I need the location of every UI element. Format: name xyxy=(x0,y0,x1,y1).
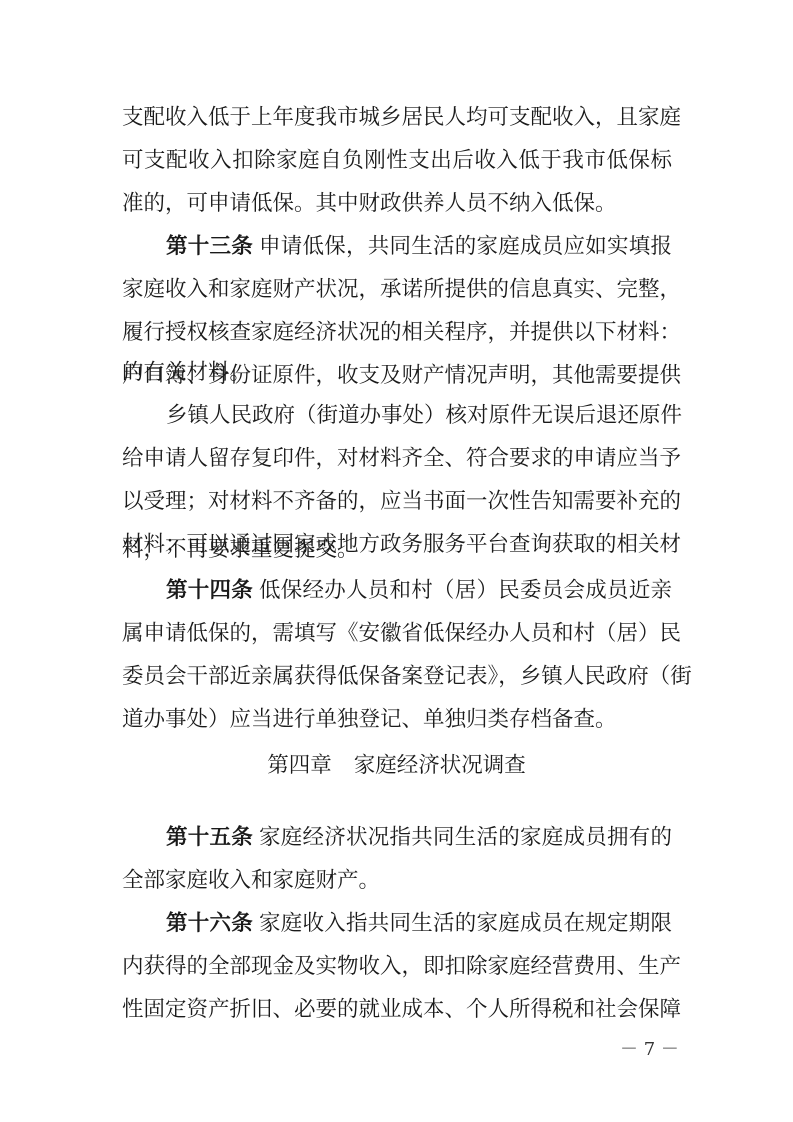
paragraph-line: 内获得的全部现金及实物收入，即扣除家庭经营费用、生产 xyxy=(122,945,672,988)
paragraph-line: 准的，可申请低保。其中财政供养人员不纳入低保。 xyxy=(122,182,672,225)
paragraph-line: 料，不再要求重复提交。 xyxy=(122,528,672,571)
article-15-line: 第十五条家庭经济状况指共同生活的家庭成员拥有的 xyxy=(166,816,672,859)
paragraph-line: 乡镇人民政府（街道办事处）核对原件无误后退还原件 xyxy=(166,394,672,437)
paragraph-line: 家庭收入和家庭财产状况，承诺所提供的信息真实、完整， xyxy=(122,268,672,311)
paragraph-line: 委员会干部近亲属获得低保备案登记表》，乡镇人民政府（街 xyxy=(122,655,672,698)
paragraph-line: 属申请低保的，需填写《安徽省低保经办人员和村（居）民 xyxy=(122,612,672,655)
article-text: 家庭经济状况指共同生活的家庭成员拥有的 xyxy=(259,825,672,850)
article-text: 低保经办人员和村（居）民委员会成员近亲 xyxy=(259,578,672,603)
paragraph-line: 可支配收入扣除家庭自负刚性支出后收入低于我市低保标 xyxy=(122,139,672,182)
article-label: 第十五条 xyxy=(166,825,253,850)
paragraph-line: 全部家庭收入和家庭财产。 xyxy=(122,859,672,902)
article-14-line: 第十四条低保经办人员和村（居）民委员会成员近亲 xyxy=(166,569,672,612)
article-label: 第十四条 xyxy=(166,578,253,603)
chapter-title: 家庭经济状况调查 xyxy=(354,753,526,778)
article-13-line: 第十三条申请低保，共同生活的家庭成员应如实填报 xyxy=(166,225,672,268)
chapter-number: 第四章 xyxy=(267,753,332,778)
page-number: － 7 － xyxy=(620,1036,679,1064)
paragraph-line: 履行授权核查家庭经济状况的相关程序，并提供以下材料： xyxy=(122,311,672,354)
paragraph-line: 以受理；对材料不齐备的，应当书面一次性告知需要补充的 xyxy=(122,480,672,523)
article-text: 家庭收入指共同生活的家庭成员在规定期限 xyxy=(259,911,672,936)
paragraph-line: 的有关材料。 xyxy=(122,351,672,394)
article-16-line: 第十六条家庭收入指共同生活的家庭成员在规定期限 xyxy=(166,902,672,945)
paragraph-line: 性固定资产折旧、必要的就业成本、个人所得税和社会保障 xyxy=(122,988,672,1031)
chapter-heading: 第四章家庭经济状况调查 xyxy=(0,744,793,787)
paragraph-line: 道办事处）应当进行单独登记、单独归类存档备查。 xyxy=(122,698,672,741)
article-label: 第十六条 xyxy=(166,911,253,936)
paragraph-line: 给申请人留存复印件，对材料齐全、符合要求的申请应当予 xyxy=(122,437,672,480)
article-label: 第十三条 xyxy=(166,234,253,259)
paragraph-line: 支配收入低于上年度我市城乡居民人均可支配收入，且家庭 xyxy=(122,96,672,139)
article-text: 申请低保，共同生活的家庭成员应如实填报 xyxy=(259,234,672,259)
document-page: 支配收入低于上年度我市城乡居民人均可支配收入，且家庭 可支配收入扣除家庭自负刚性… xyxy=(0,0,793,1122)
